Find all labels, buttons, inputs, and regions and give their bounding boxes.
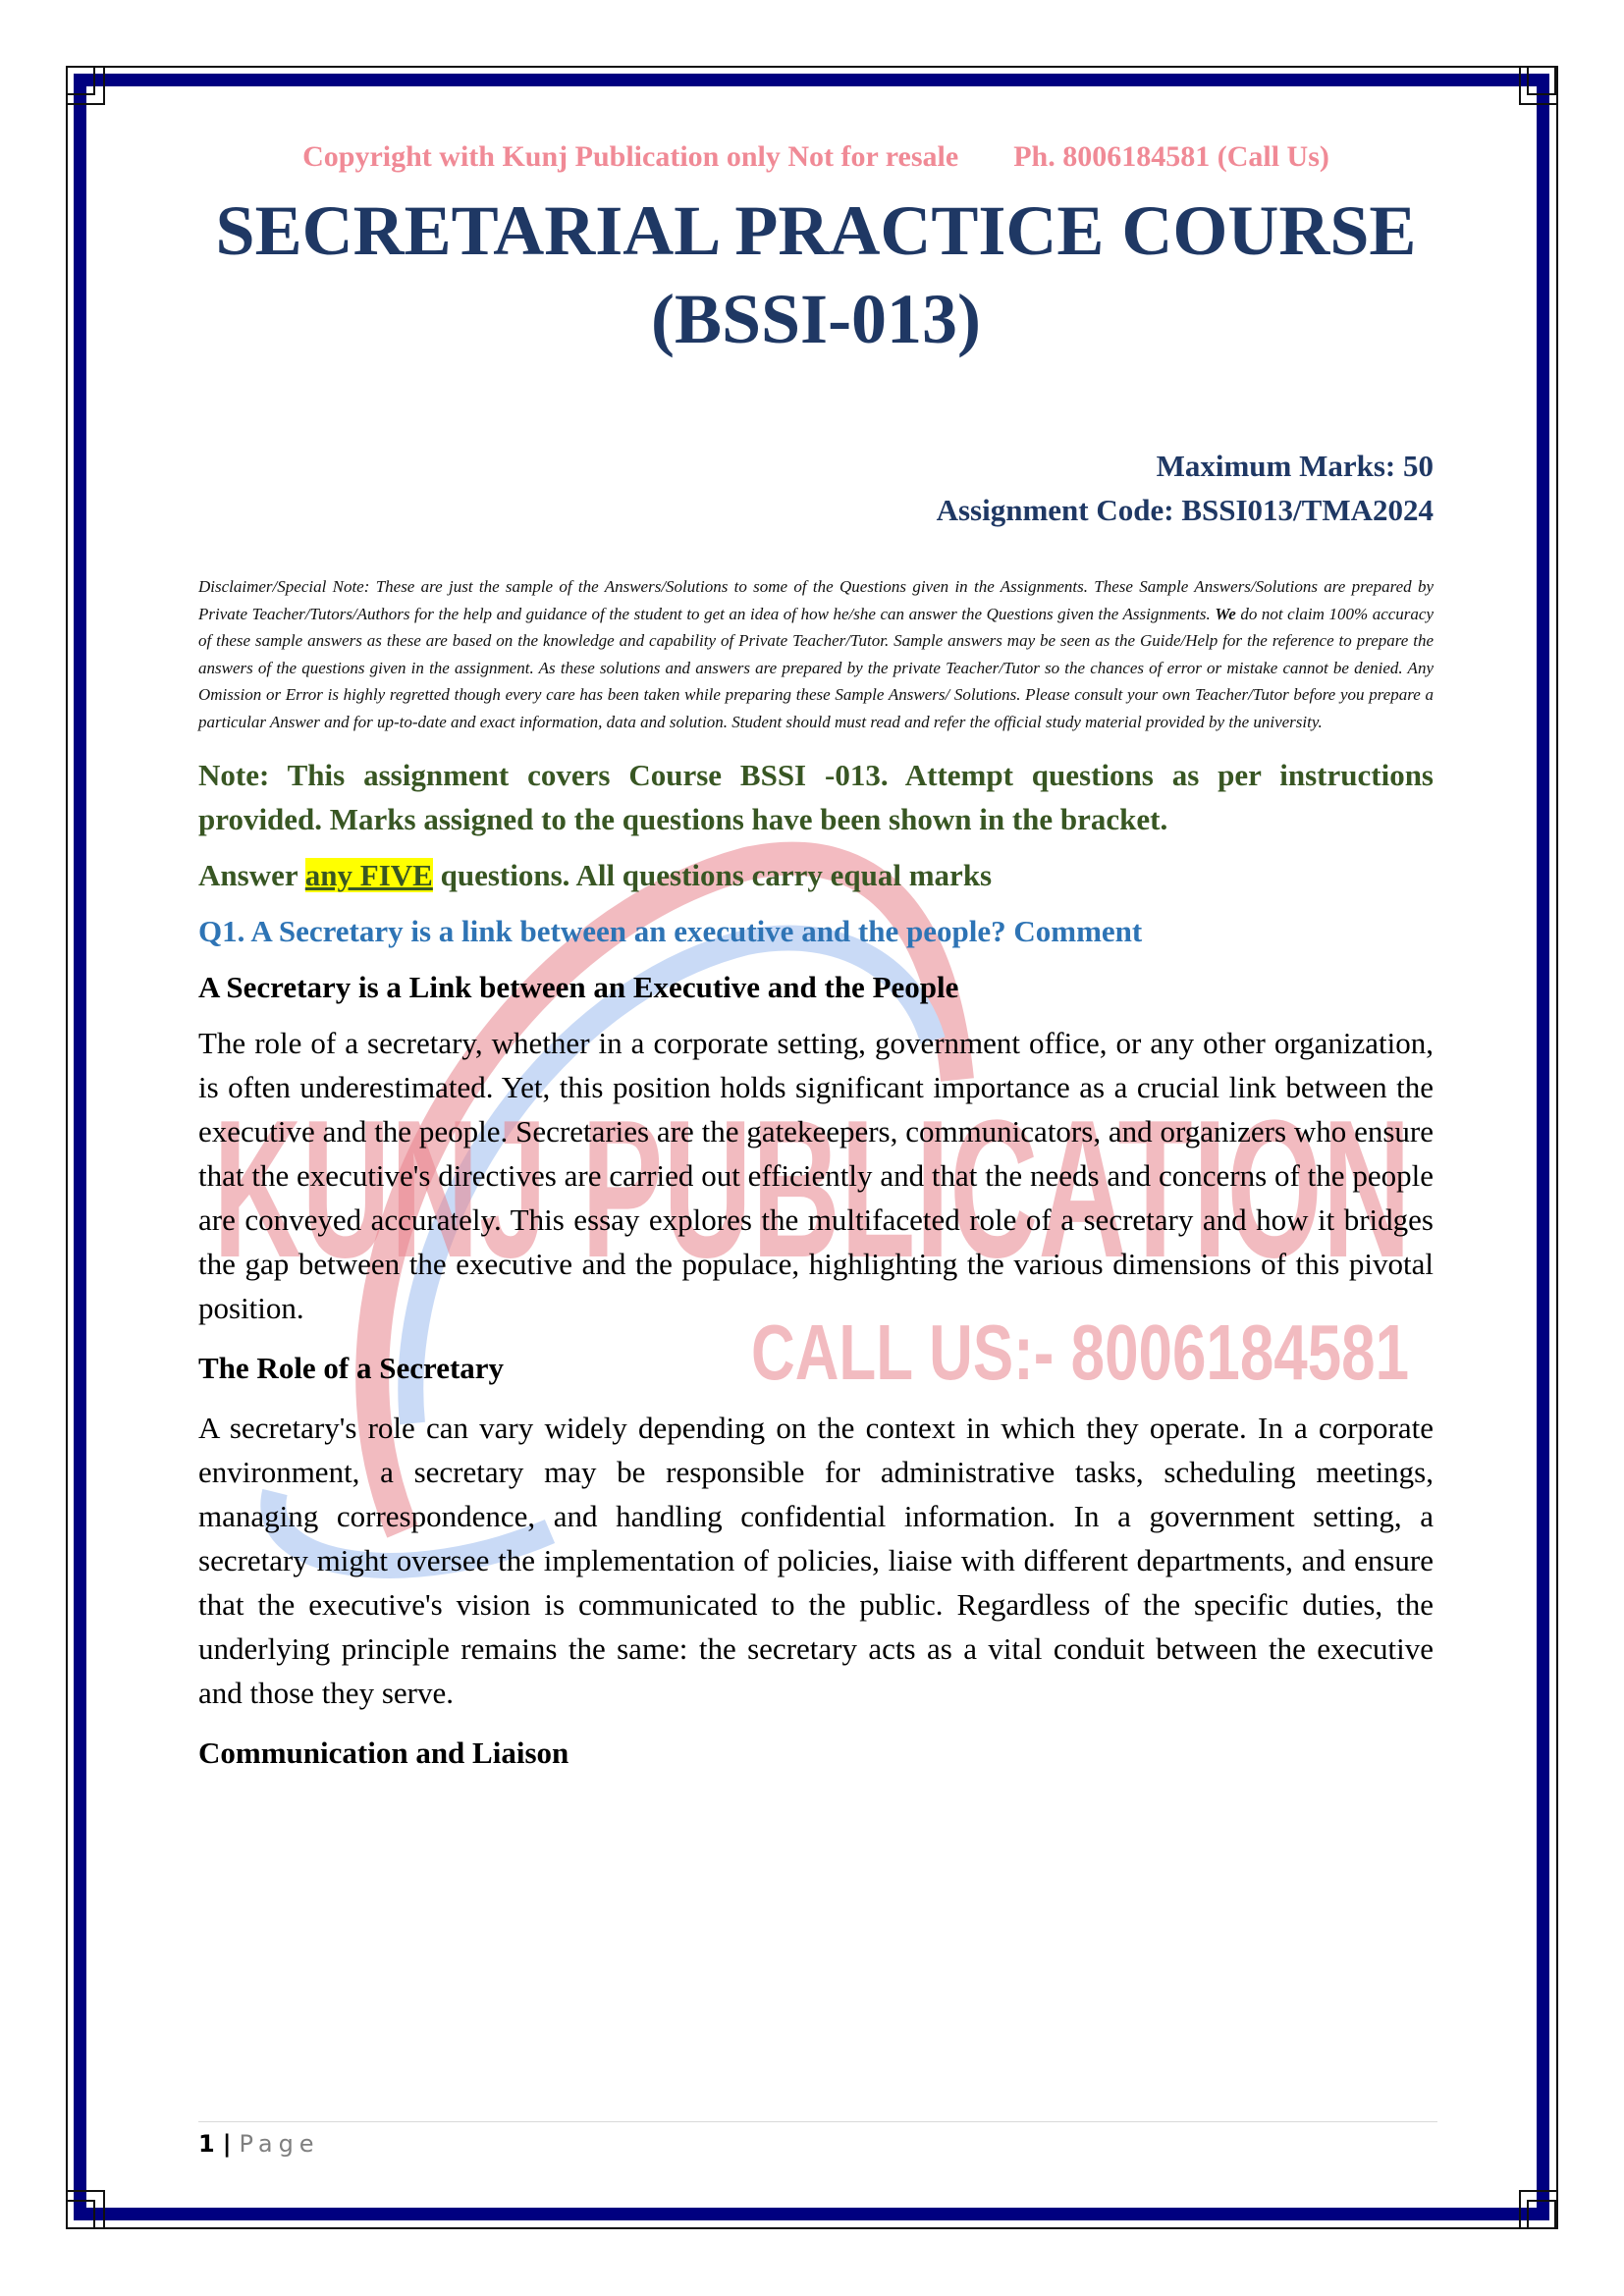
page-label: Page [239, 2130, 319, 2158]
disclaimer: Disclaimer/Special Note: These are just … [198, 573, 1434, 735]
assignment-note: Note: This assignment covers Course BSSI… [198, 753, 1434, 841]
section-heading: A Secretary is a Link between an Executi… [198, 965, 1434, 1009]
answer-prefix: Answer [198, 858, 305, 892]
phone-text: Ph. 8006184581 (Call Us) [1013, 140, 1329, 174]
disclaimer-bold: We [1215, 605, 1235, 623]
footer-divider [198, 2121, 1437, 2122]
page-title: SECRETARIAL PRACTICE COURSE (BSSI-013) [198, 187, 1434, 363]
corner-ornament [66, 66, 105, 105]
copyright-text: Copyright with Kunj Publication only Not… [302, 140, 958, 174]
answer-suffix: questions. All questions carry equal mar… [433, 858, 992, 892]
assignment-meta: Maximum Marks: 50 Assignment Code: BSSI0… [198, 444, 1434, 532]
assignment-code: Assignment Code: BSSI013/TMA2024 [198, 488, 1434, 532]
answer-highlight: any FIVE [305, 858, 433, 892]
corner-ornament [1519, 66, 1558, 105]
paragraph: The role of a secretary, whether in a co… [198, 1021, 1434, 1330]
page-footer: 1|Page [198, 2130, 320, 2158]
document-body: Copyright with Kunj Publication only Not… [198, 137, 1434, 1775]
max-marks: Maximum Marks: 50 [198, 444, 1434, 488]
paragraph: A secretary's role can vary widely depen… [198, 1406, 1434, 1715]
question-1: Q1. A Secretary is a link between an exe… [198, 909, 1434, 953]
title-line-1: SECRETARIAL PRACTICE COURSE [198, 187, 1434, 275]
corner-ornament [1519, 2190, 1558, 2229]
section-heading: The Role of a Secretary [198, 1346, 1434, 1390]
page-number: 1 [198, 2130, 215, 2158]
copyright-header: Copyright with Kunj Publication only Not… [198, 137, 1434, 177]
title-line-2: (BSSI-013) [198, 275, 1434, 363]
answer-instruction: Answer any FIVE questions. All questions… [198, 853, 1434, 897]
footer-separator: | [223, 2130, 232, 2158]
section-heading: Communication and Liaison [198, 1731, 1434, 1775]
corner-ornament [66, 2190, 105, 2229]
